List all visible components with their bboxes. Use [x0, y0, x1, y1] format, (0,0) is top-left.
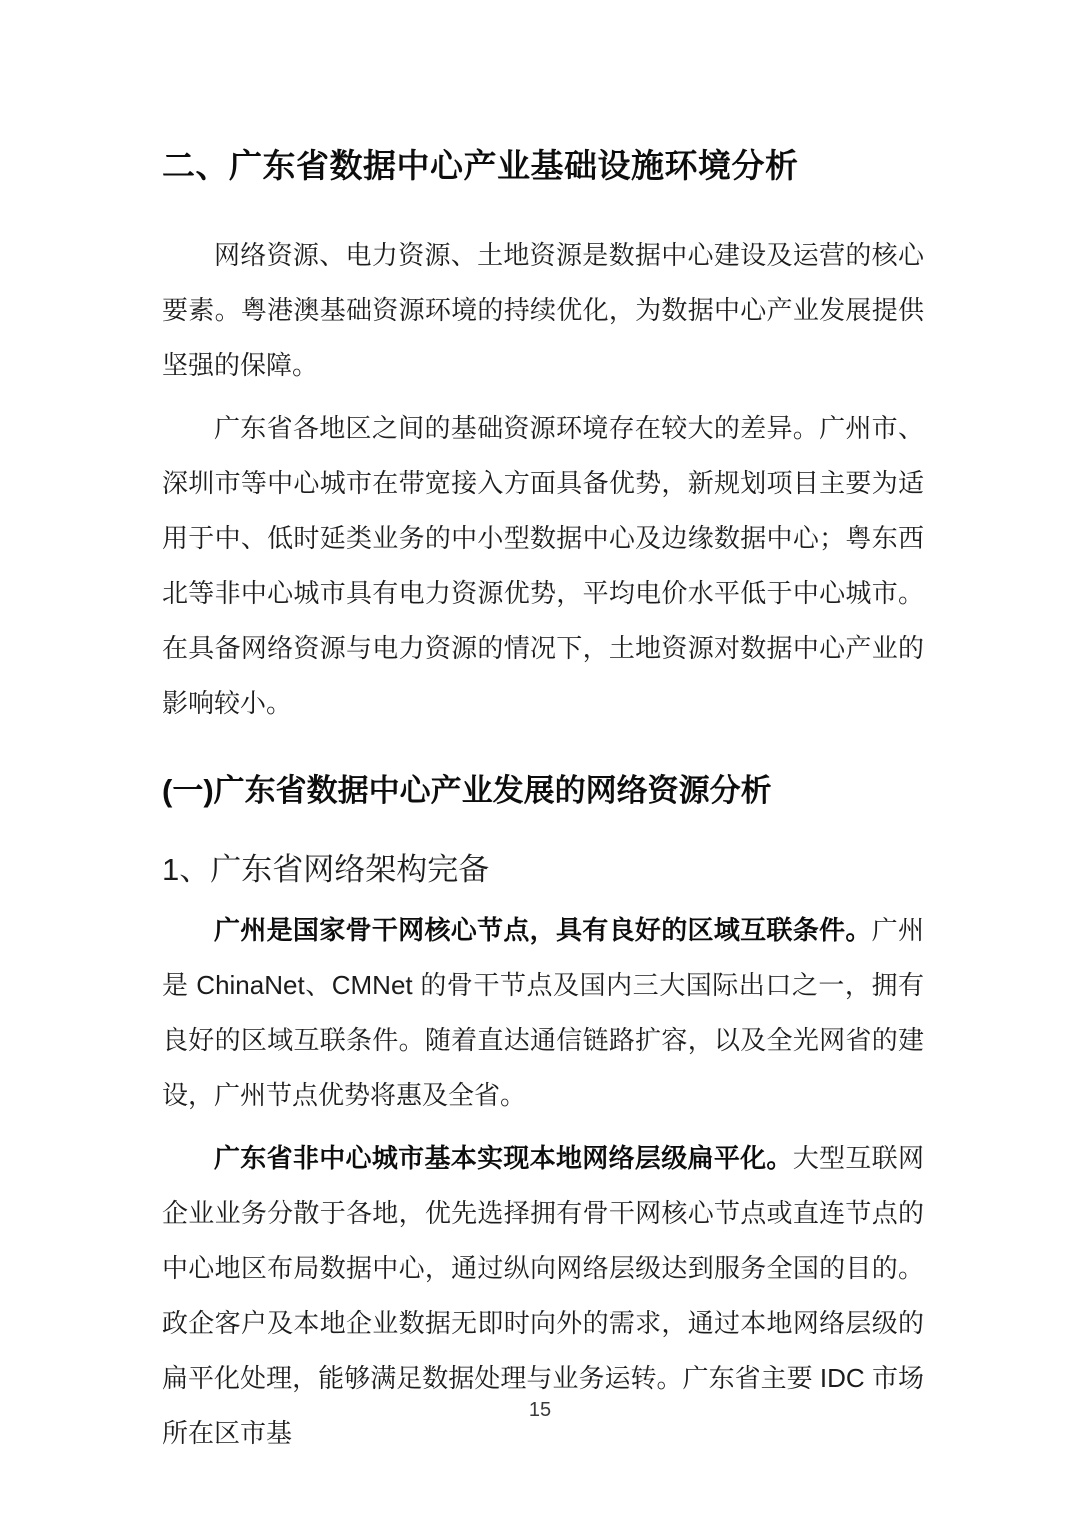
page-content: 二、广东省数据中心产业基础设施环境分析 网络资源、电力资源、土地资源是数据中心建… — [162, 145, 924, 1469]
page-number: 15 — [529, 1399, 551, 1421]
chapter-heading: 二、广东省数据中心产业基础设施环境分析 — [162, 145, 924, 186]
paragraph-text: 网络资源、电力资源、土地资源是数据中心建设及运营的核心要素。粤港澳基础资源环境的… — [162, 240, 924, 380]
section-heading-network-resources: (一)广东省数据中心产业发展的网络资源分析 — [162, 771, 924, 811]
page-footer: 15 — [0, 1399, 1080, 1422]
intro-paragraph-resources: 网络资源、电力资源、土地资源是数据中心建设及运营的核心要素。粤港澳基础资源环境的… — [162, 228, 924, 393]
paragraph-guangzhou-backbone: 广州是国家骨干网核心节点，具有良好的区域互联条件。广州是 ChinaNet、CM… — [162, 903, 924, 1123]
subsection-heading-network-architecture: 1、广东省网络架构完备 — [162, 850, 924, 890]
intro-paragraph-regional-difference: 广东省各地区之间的基础资源环境存在较大的差异。广州市、深圳市等中心城市在带宽接入… — [162, 401, 924, 731]
paragraph-text: 广东省各地区之间的基础资源环境存在较大的差异。广州市、深圳市等中心城市在带宽接入… — [162, 413, 924, 718]
document-page: 二、广东省数据中心产业基础设施环境分析 网络资源、电力资源、土地资源是数据中心建… — [0, 0, 1080, 1527]
bold-lead-sentence: 广东省非中心城市基本实现本地网络层级扁平化。 — [214, 1143, 793, 1173]
bold-lead-sentence: 广州是国家骨干网核心节点，具有良好的区域互联条件。 — [214, 915, 872, 945]
